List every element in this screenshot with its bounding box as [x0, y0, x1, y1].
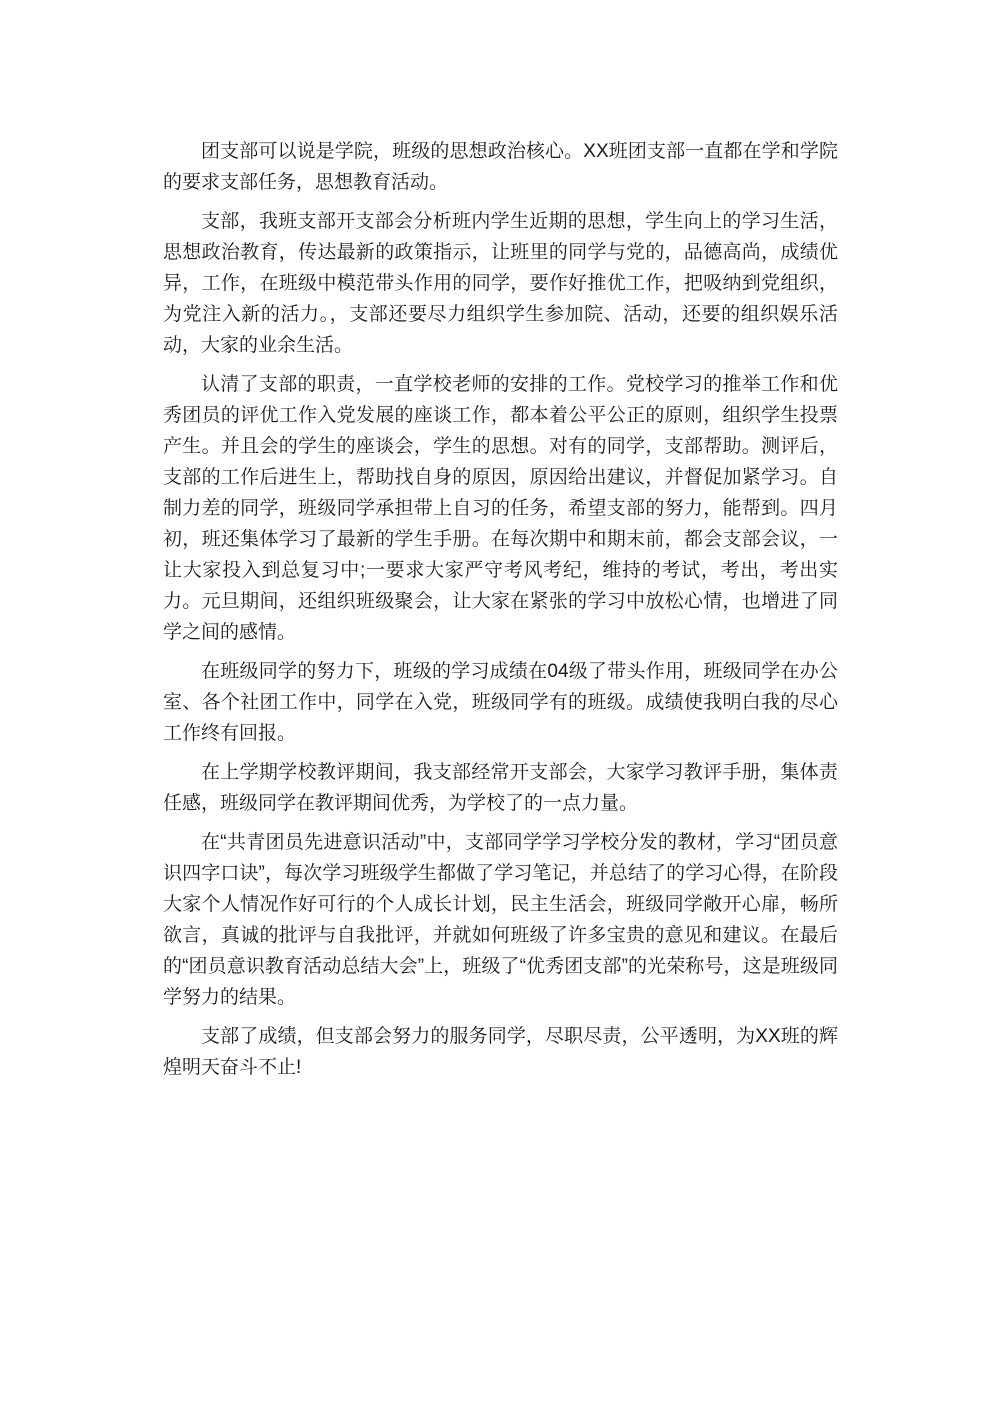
paragraph: 在班级同学的努力下，班级的学习成绩在04级了带头作用，班级同学在办公室、各个社团…: [163, 656, 838, 749]
paragraph: 支部了成绩，但支部会努力的服务同学，尽职尽责，公平透明，为XX班的辉煌明天奋斗不…: [163, 1021, 838, 1083]
paragraph: 团支部可以说是学院，班级的思想政治核心。XX班团支部一直都在学和学院的要求支部任…: [163, 136, 838, 198]
paragraph: 在上学期学校教评期间，我支部经常开支部会，大家学习教评手册，集体责任感，班级同学…: [163, 757, 838, 819]
paragraph: 支部，我班支部开支部会分析班内学生近期的思想，学生向上的学习生活，思想政治教育，…: [163, 206, 838, 361]
paragraph: 在“共青团员先进意识活动”中，支部同学学习学校分发的教材，学习“团员意识四字口诀…: [163, 827, 838, 1013]
document-body: 团支部可以说是学院，班级的思想政治核心。XX班团支部一直都在学和学院的要求支部任…: [163, 136, 838, 1083]
document-page: 团支部可以说是学院，班级的思想政治核心。XX班团支部一直都在学和学院的要求支部任…: [0, 0, 1000, 1415]
paragraph: 认清了支部的职责，一直学校老师的安排的工作。党校学习的推举工作和优秀团员的评优工…: [163, 369, 838, 648]
